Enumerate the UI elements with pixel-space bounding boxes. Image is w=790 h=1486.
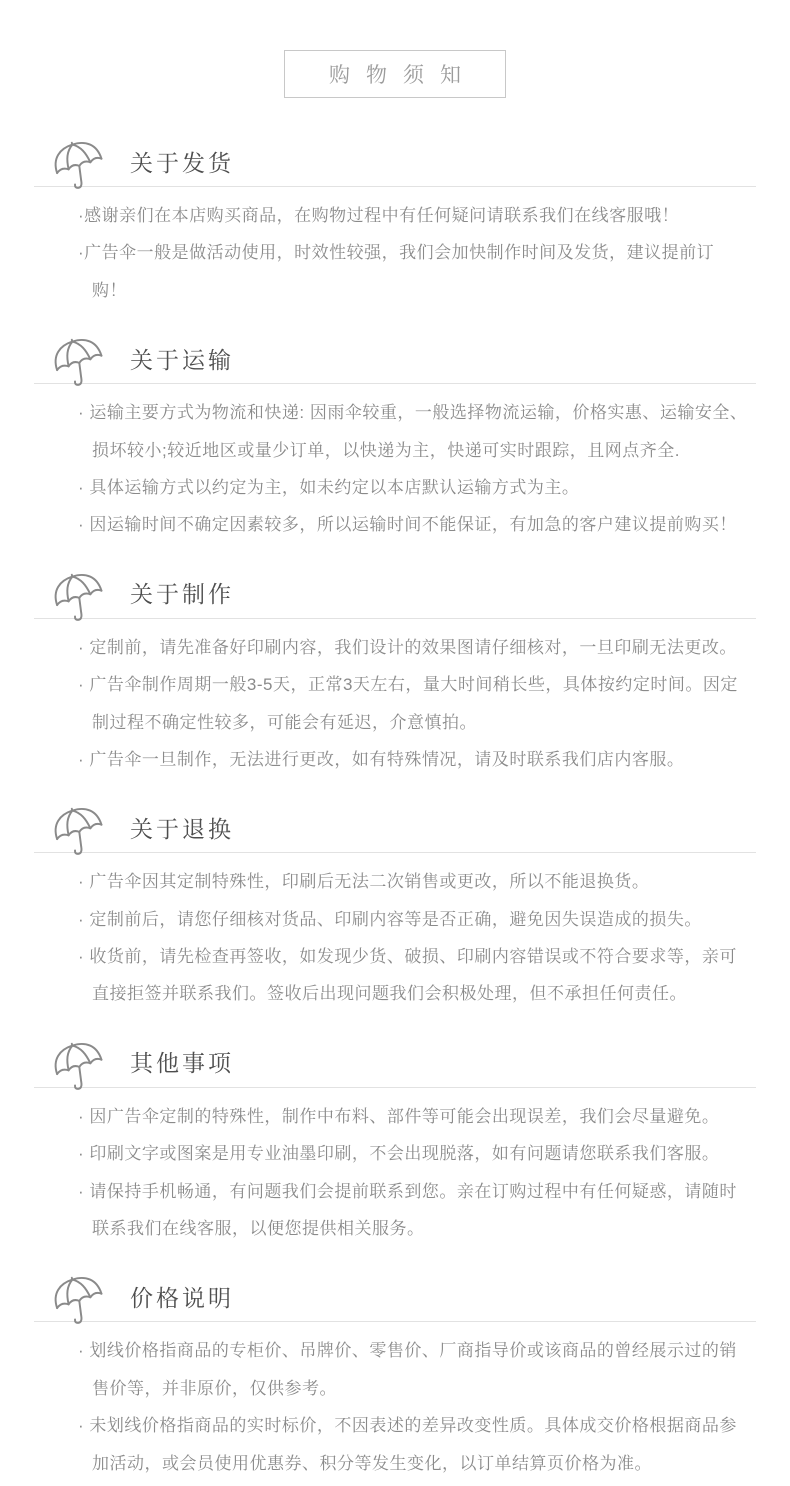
notice-item: · 未划线价格指商品的实时标价，不因表述的差异改变性质。具体成交价格根据商品参加… [92,1407,748,1482]
section-bullets: ·感谢亲们在本店购买商品，在购物过程中有任何疑问请联系我们在线客服哦！·广告伞一… [0,187,790,313]
umbrella-icon [48,803,110,859]
notice-item: · 运输主要方式为物流和快递: 因雨伞较重，一般选择物流运输，价格实惠、运输安全… [92,394,748,469]
notice-item: · 收货前，请先检查再签收，如发现少货、破损、印刷内容错误或不符合要求等，亲可直… [92,938,748,1013]
section-bullets: · 运输主要方式为物流和快递: 因雨伞较重，一般选择物流运输，价格实惠、运输安全… [0,384,790,548]
notice-item: · 广告伞一旦制作，无法进行更改，如有特殊情况，请及时联系我们店内客服。 [92,741,748,778]
notice-item: ·感谢亲们在本店购买商品，在购物过程中有任何疑问请联系我们在线客服哦！ [92,197,748,234]
notice-item: · 具体运输方式以约定为主，如未约定以本店默认运输方式为主。 [92,469,748,506]
page-header: 购物须知 [0,0,790,98]
umbrella-icon [48,137,110,193]
notice-section: 关于制作 · 定制前，请先准备好印刷内容，我们设计的效果图请仔细核对，一旦印刷无… [0,564,790,783]
notice-item: · 划线价格指商品的专柜价、吊牌价、零售价、厂商指导价或该商品的曾经展示过的销售… [92,1332,748,1407]
section-heading: 关于退换 [130,811,234,844]
section-bullets: · 划线价格指商品的专柜价、吊牌价、零售价、厂商指导价或该商品的曾经展示过的销售… [0,1322,790,1486]
section-heading: 关于制作 [130,576,234,609]
notice-section: 关于发货 ·感谢亲们在本店购买商品，在购物过程中有任何疑问请联系我们在线客服哦！… [0,132,790,313]
section-bullets: · 因广告伞定制的特殊性，制作中布料、部件等可能会出现误差，我们会尽量避免。· … [0,1088,790,1252]
umbrella-icon [48,1038,110,1094]
section-heading: 其他事项 [130,1045,234,1078]
notice-section: 关于退换 · 广告伞因其定制特殊性，印刷后无法二次销售或更改，所以不能退换货。·… [0,798,790,1017]
section-heading: 关于运输 [130,342,234,375]
umbrella-icon [48,569,110,625]
section-heading: 关于发货 [130,145,234,178]
notice-item: · 定制前后，请您仔细核对货品、印刷内容等是否正确，避免因失误造成的损失。 [92,901,748,938]
notice-item: · 请保持手机畅通，有问题我们会提前联系到您。亲在订购过程中有任何疑惑，请随时联… [92,1173,748,1248]
section-bullets: · 广告伞因其定制特殊性，印刷后无法二次销售或更改，所以不能退换货。· 定制前后… [0,853,790,1017]
notice-item: · 印刷文字或图案是用专业油墨印刷，不会出现脱落，如有问题请您联系我们客服。 [92,1135,748,1172]
section-header: 关于制作 [0,564,790,618]
section-header: 其他事项 [0,1033,790,1087]
section-header: 价格说明 [0,1267,790,1321]
notice-item: · 因运输时间不确定因素较多，所以运输时间不能保证，有加急的客户建议提前购买！ [92,506,748,543]
notice-section: 价格说明 · 划线价格指商品的专柜价、吊牌价、零售价、厂商指导价或该商品的曾经展… [0,1267,790,1486]
umbrella-icon [48,334,110,390]
notice-item: · 广告伞制作周期一般3-5天，正常3天左右，量大时间稍长些，具体按约定时间。因… [92,666,748,741]
notice-section: 关于运输 · 运输主要方式为物流和快递: 因雨伞较重，一般选择物流运输，价格实惠… [0,329,790,548]
page-title: 购物须知 [284,50,506,98]
section-header: 关于运输 [0,329,790,383]
umbrella-icon [48,1272,110,1328]
section-heading: 价格说明 [130,1280,234,1313]
notice-item: · 广告伞因其定制特殊性，印刷后无法二次销售或更改，所以不能退换货。 [92,863,748,900]
notice-item: ·广告伞一般是做活动使用，时效性较强，我们会加快制作时间及发货，建议提前订购！ [92,234,748,309]
notice-item: · 因广告伞定制的特殊性，制作中布料、部件等可能会出现误差，我们会尽量避免。 [92,1098,748,1135]
notice-section: 其他事项 · 因广告伞定制的特殊性，制作中布料、部件等可能会出现误差，我们会尽量… [0,1033,790,1252]
notice-item: · 定制前，请先准备好印刷内容，我们设计的效果图请仔细核对，一旦印刷无法更改。 [92,629,748,666]
section-header: 关于发货 [0,132,790,186]
sections: 关于发货 ·感谢亲们在本店购买商品，在购物过程中有任何疑问请联系我们在线客服哦！… [0,98,790,1486]
section-bullets: · 定制前，请先准备好印刷内容，我们设计的效果图请仔细核对，一旦印刷无法更改。·… [0,619,790,783]
section-header: 关于退换 [0,798,790,852]
